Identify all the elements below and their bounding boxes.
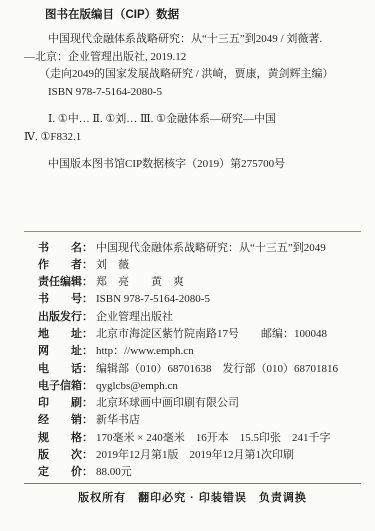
row-value: 2019年12月第1版 2019年12月第1次印刷 — [96, 449, 294, 461]
bottom-divider — [24, 483, 361, 484]
colophon-row-isbn: 书 号：ISBN 978-7-5164-2080-5 — [38, 291, 361, 308]
row-value: qyglcbs@emph.cn — [96, 380, 178, 392]
row-value: 编辑部（010）68701638 发行部（010）68701816 — [96, 363, 338, 375]
colophon-row-distributor: 经 销：新华书店 — [38, 412, 361, 429]
cip-classification: Ⅰ. ①中… Ⅱ. ①刘… Ⅲ. ①金融体系—研究—中国 Ⅳ. ①F832.1 — [24, 111, 361, 146]
colophon-row-printer: 印 刷：北京环球画中画印刷有限公司 — [38, 395, 361, 412]
row-label: 网 址： — [38, 345, 93, 357]
row-label: 书 名： — [38, 242, 93, 254]
colophon-row-website: 网 址：http：//www.emph.cn — [38, 343, 361, 360]
colophon-row-author: 作 者：刘 薇 — [38, 257, 361, 274]
row-label: 作 者： — [38, 259, 93, 271]
colophon-row-email: 电子信箱：qyglcbs@emph.cn — [38, 378, 361, 395]
colophon-row-book-title: 书 名：中国现代金融体系战略研究：从“十三五”到2049 — [38, 240, 361, 257]
colophon-row-format: 规 格：170毫米 × 240毫米 16开本 15.5印张 241千字 — [38, 430, 361, 447]
colophon-row-address: 地 址：北京市海淀区紫竹院南路17号 邮编：100048 — [38, 326, 361, 343]
row-label: 责任编辑： — [38, 276, 93, 288]
row-value: 170毫米 × 240毫米 16开本 15.5印张 241千字 — [96, 432, 330, 444]
row-value: 新华书店 — [96, 414, 140, 426]
colophon-row-edition: 版 次：2019年12月第1版 2019年12月第1次印刷 — [38, 447, 361, 464]
colophon-row-price: 定 价：88.00元 — [38, 464, 361, 481]
cip-classification-line-2: Ⅳ. ①F832.1 — [24, 129, 361, 147]
row-label: 经 销： — [38, 414, 93, 426]
copyright-notice: 版权所有 翻印必究 · 印装错误 负责调换 — [24, 489, 361, 505]
colophon-table: 书 名：中国现代金融体系战略研究：从“十三五”到2049 作 者：刘 薇 责任编… — [38, 240, 361, 482]
colophon-row-phone: 电 话：编辑部（010）68701638 发行部（010）68701816 — [38, 361, 361, 378]
row-value: 企业管理出版社 — [96, 311, 173, 323]
row-label: 电 话： — [38, 363, 93, 375]
cip-publisher-line: —北京：企业管理出版社, 2019.12 — [24, 49, 361, 67]
cip-isbn-line: ISBN 978-7-5164-2080-5 — [24, 84, 361, 102]
cip-title-line: 中国现代金融体系战略研究：从“十三五”到2049 / 刘薇著. — [24, 31, 361, 49]
top-divider — [24, 231, 361, 232]
copyright-page: 图书在版编目（CIP）数据 中国现代金融体系战略研究：从“十三五”到2049 /… — [0, 0, 375, 531]
row-value: 中国现代金融体系战略研究：从“十三五”到2049 — [96, 242, 326, 254]
row-label: 电子信箱： — [38, 380, 93, 392]
colophon-row-editor: 责任编辑：郑 亮 黄 爽 — [38, 274, 361, 291]
row-label: 出版发行： — [38, 311, 93, 323]
row-value: 88.00元 — [96, 466, 132, 478]
cip-heading: 图书在版编目（CIP）数据 — [45, 8, 361, 23]
row-value: 郑 亮 黄 爽 — [96, 276, 184, 288]
row-value: 北京环球画中画印刷有限公司 — [96, 397, 239, 409]
row-label: 书 号： — [38, 293, 93, 305]
cip-description: 中国现代金融体系战略研究：从“十三五”到2049 / 刘薇著. —北京：企业管理… — [24, 31, 361, 101]
row-value: 北京市海淀区紫竹院南路17号 邮编：100048 — [96, 328, 327, 340]
row-label: 地 址： — [38, 328, 93, 340]
row-value: ISBN 978-7-5164-2080-5 — [96, 293, 210, 305]
cip-record-number: 中国版本图书馆CIP数据核字（2019）第275700号 — [24, 156, 361, 174]
colophon-row-publisher: 出版发行：企业管理出版社 — [38, 309, 361, 326]
row-label: 规 格： — [38, 432, 93, 444]
row-label: 定 价： — [38, 466, 93, 478]
cip-classification-line-1: Ⅰ. ①中… Ⅱ. ①刘… Ⅲ. ①金融体系—研究—中国 — [24, 111, 361, 129]
cip-series-line: （走向2049的国家发展战略研究 / 洪崎，贾康，黄剑辉主编） — [24, 66, 361, 84]
row-label: 印 刷： — [38, 397, 93, 409]
row-value: http：//www.emph.cn — [96, 345, 194, 357]
row-label: 版 次： — [38, 449, 93, 461]
row-value: 刘 薇 — [96, 259, 129, 271]
